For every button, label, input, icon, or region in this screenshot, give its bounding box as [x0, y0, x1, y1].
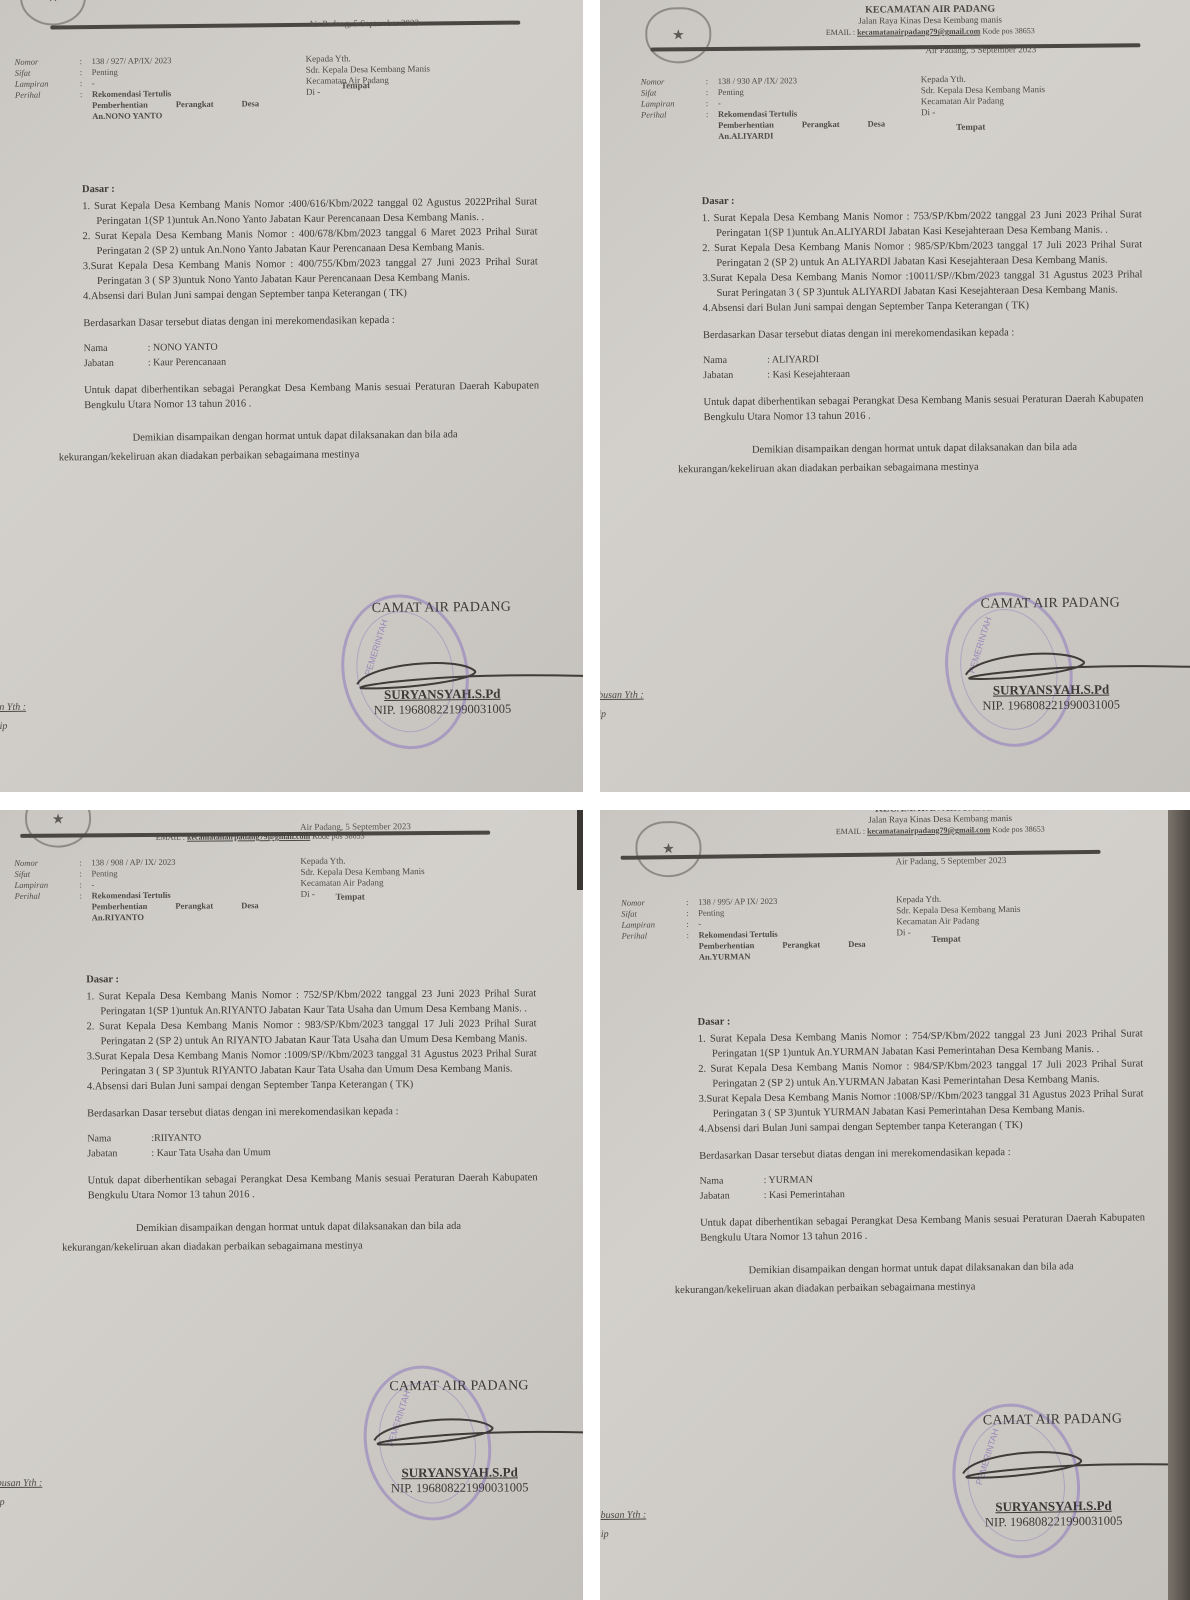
letterhead-email-line: EMAIL : kecamatanairpadang79@gmail.com K… [750, 25, 1110, 39]
carbon-copy: busan Yth : ip [600, 690, 644, 720]
label-nomor: Nomor [15, 56, 80, 68]
signature-block: CAMAT AIR PADANG SURYANSYAH.S.Pd NIP. 19… [364, 1378, 555, 1496]
signatory-nip: NIP. 196808221990031005 [347, 701, 537, 718]
signatory-name: SURYANSYAH.S.Pd [365, 1464, 555, 1481]
carbon-copy: busan Yth : ip [0, 1478, 42, 1508]
regency-logo-icon: ★ [635, 821, 702, 878]
perihal-word: Pemberhentian [718, 119, 774, 130]
label-jabatan: Jabatan [87, 1146, 151, 1161]
letter-content: ★ PEMERINTAH KABUPATEN BENGKULU UTARA KE… [0, 0, 583, 792]
letter-photo-aliyardi: ★ PEMERINTAH KABUPATEN BENGKULU UTARA KE… [600, 0, 1190, 792]
letter-meta: Nomor : 138 / 995/ AP IX/ 2023 Sifat : P… [621, 895, 866, 964]
letter-number: 138 / 995/ AP IX/ 2023 [698, 896, 777, 908]
perihal-word: Pemberhentian [92, 99, 148, 111]
closing-line-1: Demikian disampaikan dengan hormat untuk… [88, 1218, 538, 1236]
perihal-value: Rekomendasi Tertulis [92, 88, 171, 100]
colon: : [80, 89, 92, 100]
employee-details: Nama : ALIYARDI Jabatan : Kasi Kesejahte… [703, 349, 1143, 383]
label-perihal: Perihal [641, 109, 706, 121]
colon: : [706, 76, 718, 87]
carbon-copy: n Yth : ip [0, 702, 26, 732]
email-label: EMAIL : [836, 827, 865, 836]
perihal-word: Pemberhentian [92, 901, 148, 912]
dasar-item: 1. Surat Kepala Desa Kembang Manis Nomor… [702, 207, 1142, 241]
dasar-item: 1. Surat Kepala Desa Kembang Manis Nomor… [86, 986, 536, 1019]
label-nama: Nama [84, 340, 148, 356]
carbon-copy-label: busan Yth : [600, 690, 644, 701]
label-perihal: Perihal [621, 930, 686, 942]
signature-block: CAMAT AIR PADANG SURYANSYAH.S.Pd NIP. 19… [346, 599, 537, 718]
employee-position: : Kaur Perencanaan [148, 351, 539, 370]
label-jabatan: Jabatan [84, 355, 148, 371]
carbon-copy-archive: ip [0, 1497, 42, 1508]
letter-content: ★ PEMERINTAH KABUPATEN BENGKULU UTARA KE… [600, 0, 1190, 792]
email-link[interactable]: kecamatanairpadang79@gmail.com [867, 825, 990, 836]
recipient-line: Kecamatan Air Padang [300, 877, 424, 889]
signatory-nip: NIP. 196808221990031005 [365, 1480, 555, 1496]
sifat-value: Penting [92, 67, 118, 78]
letter-meta: Nomor : 138 / 930 AP /IX/ 2023 Sifat : P… [641, 75, 886, 143]
regency-logo-icon: ★ [645, 7, 711, 64]
recipient-address: Kepada Yth. Sdr. Kepala Desa Kembang Man… [306, 53, 431, 98]
dasar-item: 3.Surat Kepala Desa Kembang Manis Nomor … [83, 254, 538, 289]
carbon-copy-label: n Yth : [0, 702, 26, 713]
letter-photo-yurman: ★ PEMERINTAH KABUPATEN BENGKULU UTARA KE… [600, 810, 1190, 1600]
label-nama: Nama [703, 353, 767, 369]
letterhead: PEMERINTAH KABUPATEN BENGKULU UTARA KECA… [750, 0, 1110, 39]
carbon-copy-archive: ip [600, 709, 644, 720]
label-sifat: Sifat [15, 67, 80, 79]
perihal-word: Perangkat [176, 99, 214, 110]
label-lampiran: Lampiran [621, 919, 686, 931]
perihal-word: Perangkat [175, 901, 213, 912]
letter-body: Dasar : 1. Surat Kepala Desa Kembang Man… [698, 1009, 1146, 1297]
signatory-title: CAMAT AIR PADANG [364, 1378, 554, 1395]
dasar-heading: Dasar : [86, 969, 536, 987]
photo-edge-shadow [577, 810, 583, 890]
signature-block: CAMAT AIR PADANG SURYANSYAH.S.Pd NIP. 19… [955, 595, 1146, 714]
signature-block: CAMAT AIR PADANG SURYANSYAH.S.Pd NIP. 19… [957, 1411, 1148, 1530]
tempat-label: Tempat [956, 122, 985, 132]
regency-logo-icon: ★ [25, 810, 91, 848]
colon: : [686, 930, 698, 941]
dasar-list: 1. Surat Kepala Desa Kembang Manis Nomor… [702, 207, 1143, 316]
perihal-word: Perangkat [782, 939, 820, 950]
recipient-line: Sdr. Kepala Desa Kembang Manis [896, 904, 1020, 917]
signatory-name: SURYANSYAH.S.Pd [347, 685, 537, 703]
colon: : [80, 78, 92, 89]
recipient-line: Sdr. Kepala Desa Kembang Manis [921, 84, 1045, 96]
dasar-item: 3.Surat Kepala Desa Kembang Manis Nomor … [702, 267, 1142, 301]
recommendation-intro: Berdasarkan Dasar tersebut diatas dengan… [83, 311, 538, 331]
dasar-item: 2. Surat Kepala Desa Kembang Manis Nomor… [82, 224, 537, 259]
label-sifat: Sifat [14, 868, 79, 879]
email-label: EMAIL : [826, 28, 855, 37]
colon: : [80, 890, 92, 901]
dasar-list: 1. Surat Kepala Desa Kembang Manis Nomor… [86, 986, 537, 1094]
sifat-value: Penting [698, 907, 724, 918]
colon: : [79, 857, 91, 868]
colon: : [686, 897, 698, 908]
lampiran-value: - [698, 919, 701, 930]
closing-line-1: Demikian disampaikan dengan hormat untuk… [704, 439, 1144, 458]
letter-body: Dasar : 1. Surat Kepala Desa Kembang Man… [82, 177, 540, 465]
label-nama: Nama [699, 1173, 763, 1189]
label-sifat: Sifat [641, 87, 706, 99]
letter-content: ★ PEMERINTAH KABUPATEN BENGKULU UTARA KE… [0, 810, 583, 1600]
perihal-value: Rekomendasi Tertulis [698, 929, 777, 941]
dismissal-statement: Untuk dapat diberhentikan sebagai Perang… [84, 378, 539, 413]
label-jabatan: Jabatan [700, 1188, 764, 1204]
colon: : [80, 67, 92, 78]
dasar-item: 1. Surat Kepala Desa Kembang Manis Nomor… [82, 194, 537, 229]
letterhead-rule [650, 43, 1140, 51]
dasar-list: 1. Surat Kepala Desa Kembang Manis Nomor… [82, 194, 538, 304]
letter-meta: Nomor : 138 / 908 / AP/ IX/ 2023 Sifat :… [14, 856, 258, 924]
label-lampiran: Lampiran [15, 78, 80, 90]
colon: : [706, 87, 718, 98]
letter-number: 138 / 908 / AP/ IX/ 2023 [91, 857, 175, 869]
closing-line-2: kekurangan/kekeliruan akan diadakan perb… [675, 1277, 1146, 1298]
signatory-title: CAMAT AIR PADANG [346, 599, 536, 617]
letter-date: Air Padang, 5 September 2023 [925, 44, 1036, 55]
closing-line-2: kekurangan/kekeliruan akan diadakan perb… [678, 458, 1144, 477]
perihal-subject-name: An.ALIYARDI [718, 130, 885, 142]
colon: : [79, 879, 91, 890]
perihal-word: Desa [848, 939, 866, 950]
lampiran-value: - [92, 78, 95, 89]
perihal-subject-name: An.RIYANTO [92, 911, 259, 923]
dismissal-statement: Untuk dapat diberhentikan sebagai Perang… [700, 1210, 1145, 1245]
email-link[interactable]: kecamatanairpadang79@gmail.com [857, 27, 980, 37]
employee-details: Nama :RIIYANTO Jabatan : Kaur Tata Usaha… [87, 1128, 537, 1161]
closing-line-1: Demikian disampaikan dengan hormat untuk… [701, 1258, 1146, 1278]
signatory-nip: NIP. 196808221990031005 [959, 1513, 1149, 1530]
signatory-name: SURYANSYAH.S.Pd [956, 681, 1146, 699]
colon: : [706, 98, 718, 109]
letter-date: Air Padang, 5 September 2023 [896, 855, 1007, 866]
signatory-title: CAMAT AIR PADANG [955, 595, 1145, 613]
employee-details: Nama : NONO YANTO Jabatan : Kaur Perenca… [84, 336, 539, 371]
dasar-item: 2. Surat Kepala Desa Kembang Manis Nomor… [702, 237, 1142, 271]
photo-edge-shadow [1168, 810, 1190, 1600]
dasar-item: 3.Surat Kepala Desa Kembang Manis Nomor … [87, 1046, 537, 1079]
letter-photo-nono-yanto: ★ PEMERINTAH KABUPATEN BENGKULU UTARA KE… [0, 0, 583, 792]
dismissal-statement: Untuk dapat diberhentikan sebagai Perang… [703, 391, 1143, 425]
recipient-address: Kepada Yth. Sdr. Kepala Desa Kembang Man… [896, 893, 1021, 939]
perihal-word: Pemberhentian [699, 940, 755, 952]
label-lampiran: Lampiran [641, 98, 706, 110]
recommendation-intro: Berdasarkan Dasar tersebut diatas dengan… [703, 324, 1143, 343]
regency-logo-icon: ★ [20, 0, 87, 26]
label-sifat: Sifat [621, 908, 686, 920]
letter-number: 138 / 930 AP /IX/ 2023 [718, 75, 797, 87]
carbon-copy: busan Yth : ip [601, 1509, 647, 1540]
label-nama: Nama [87, 1131, 151, 1146]
perihal-subject-name: An.NONO YANTO [92, 109, 259, 122]
label-jabatan: Jabatan [703, 368, 767, 384]
signatory-nip: NIP. 196808221990031005 [956, 697, 1146, 714]
employee-position: : Kasi Kesejahteraan [767, 364, 1143, 382]
closing-line-2: kekurangan/kekeliruan akan diadakan perb… [62, 1237, 538, 1255]
perihal-word: Desa [242, 98, 260, 109]
label-nomor: Nomor [14, 857, 79, 868]
perihal-value: Rekomendasi Tertulis [718, 108, 797, 120]
sifat-value: Penting [91, 868, 117, 879]
dasar-list: 1. Surat Kepala Desa Kembang Manis Nomor… [698, 1026, 1144, 1136]
dasar-item: 3.Surat Kepala Desa Kembang Manis Nomor … [698, 1086, 1143, 1121]
carbon-copy-label: busan Yth : [601, 1509, 647, 1521]
letter-meta: Nomor : 138 / 927/ AP/IX/ 2023 Sifat : P… [15, 54, 260, 123]
colon: : [686, 919, 698, 930]
colon: : [686, 908, 698, 919]
recommendation-intro: Berdasarkan Dasar tersebut diatas dengan… [699, 1143, 1144, 1163]
label-perihal: Perihal [15, 890, 80, 901]
letterhead-rule [50, 21, 520, 30]
carbon-copy-archive: ip [601, 1528, 647, 1540]
tempat-label: Tempat [932, 934, 961, 944]
letter-content: ★ PEMERINTAH KABUPATEN BENGKULU UTARA KE… [600, 810, 1190, 1600]
closing-line-2: kekurangan/kekeliruan akan diadakan perb… [59, 445, 540, 465]
letter-date: Air Padang, 5 September 2023 [308, 18, 419, 29]
tempat-label: Tempat [336, 891, 365, 901]
dasar-item: 4.Absensi dari Bulan Juni sampai dengan … [87, 1076, 537, 1094]
letter-body: Dasar : 1. Surat Kepala Desa Kembang Man… [86, 969, 538, 1255]
colon: : [706, 109, 718, 120]
perihal-word: Desa [868, 119, 886, 130]
dasar-item: 4.Absensi dari Bulan Juni sampai dengan … [703, 297, 1143, 316]
carbon-copy-archive: ip [0, 721, 26, 732]
perihal-word: Perangkat [802, 119, 840, 130]
recommendation-intro: Berdasarkan Dasar tersebut diatas dengan… [87, 1103, 537, 1121]
recipient-line: Kepada Yth. [300, 855, 424, 867]
postal-code: Kode pos 38653 [992, 825, 1045, 835]
letter-date: Air Padang, 5 September 2023 [300, 821, 411, 832]
lampiran-value: - [91, 879, 94, 890]
sifat-value: Penting [718, 87, 744, 98]
perihal-word: Desa [241, 900, 259, 911]
lampiran-value: - [718, 98, 721, 109]
dasar-heading: Dasar : [702, 190, 1142, 209]
tempat-label: Tempat [341, 80, 370, 90]
colon: : [79, 868, 91, 879]
recipient-address: Kepada Yth. Sdr. Kepala Desa Kembang Man… [921, 73, 1046, 118]
label-nomor: Nomor [621, 897, 686, 909]
recipient-line: Di - [921, 106, 1045, 118]
dismissal-statement: Untuk dapat diberhentikan sebagai Perang… [88, 1170, 538, 1203]
employee-position: : Kaur Tata Usaha dan Umum [151, 1143, 537, 1161]
carbon-copy-label: busan Yth : [0, 1478, 42, 1489]
label-lampiran: Lampiran [14, 879, 79, 890]
colon: : [80, 56, 92, 67]
signatory-title: CAMAT AIR PADANG [957, 1411, 1147, 1429]
letter-photo-riyanto: ★ PEMERINTAH KABUPATEN BENGKULU UTARA KE… [0, 810, 583, 1600]
closing-line-1: Demikian disampaikan dengan hormat untuk… [85, 426, 540, 446]
letter-number: 138 / 927/ AP/IX/ 2023 [92, 55, 172, 67]
letter-body: Dasar : 1. Surat Kepala Desa Kembang Man… [702, 190, 1144, 477]
letterhead: PEMERINTAH KABUPATEN BENGKULU UTARA KECA… [740, 810, 1141, 838]
perihal-subject-name: An.YURMAN [699, 950, 866, 963]
dasar-item: 2. Surat Kepala Desa Kembang Manis Nomor… [86, 1016, 536, 1049]
recipient-line: Sdr. Kepala Desa Kembang Manis [300, 866, 424, 878]
label-nomor: Nomor [641, 76, 706, 88]
recipient-line: Sdr. Kepala Desa Kembang Manis [306, 64, 430, 76]
postal-code: Kode pos 38653 [982, 26, 1035, 35]
perihal-value: Rekomendasi Tertulis [92, 890, 171, 902]
label-perihal: Perihal [15, 89, 80, 101]
employee-details: Nama : YURMAN Jabatan : Kasi Pemerintaha… [699, 1168, 1144, 1203]
